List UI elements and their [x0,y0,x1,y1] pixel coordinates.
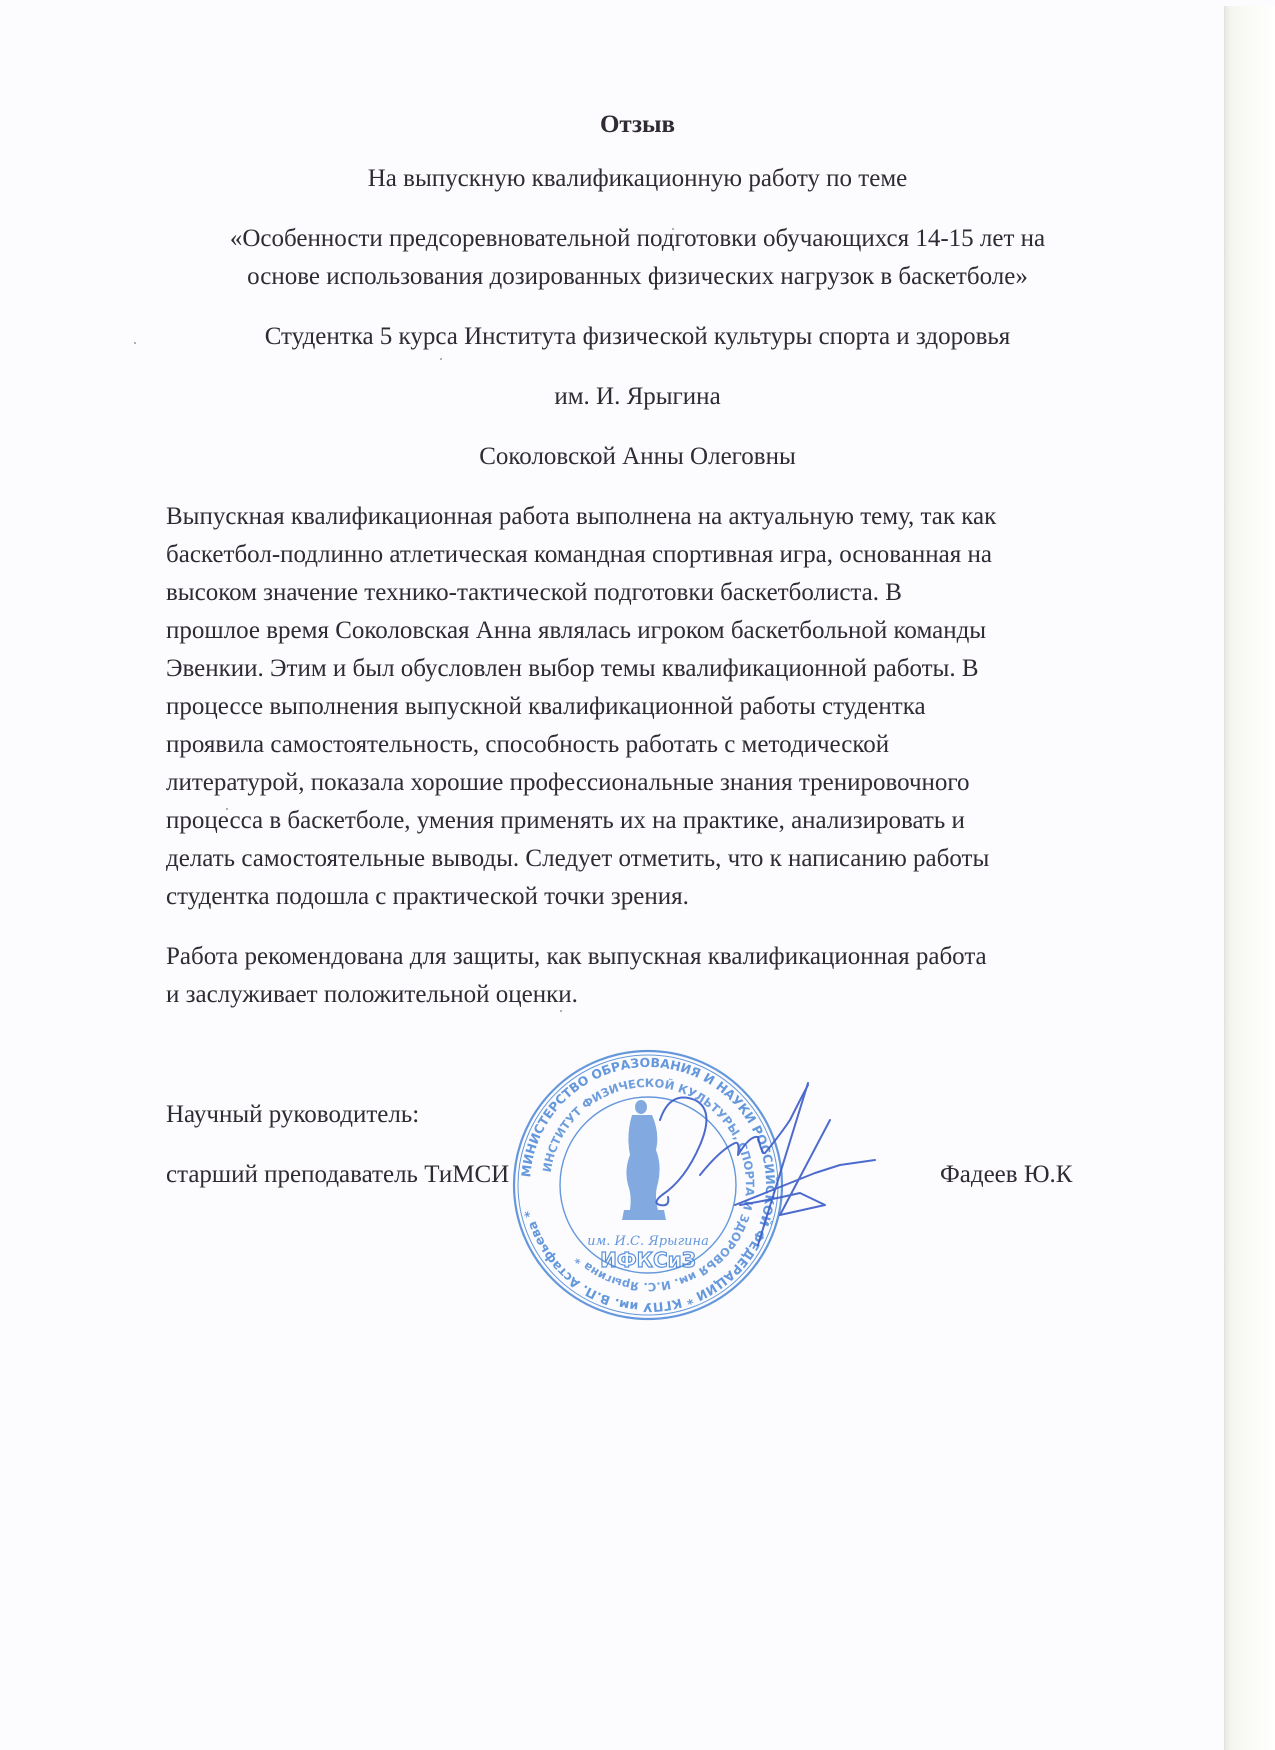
institute-named-after: им. И. Ярыгина [0,382,1275,412]
student-name: Соколовской Анны Олеговны [0,442,1275,472]
paragraph-line: процесса в баскетболе, умения применять … [166,806,965,836]
paragraph-line: высоком значение технико-тактической под… [166,578,902,608]
scanned-page: Отзыв На выпускную квалификационную рабо… [0,0,1275,1750]
paragraph-line: студентка подошла с практической точки з… [166,882,689,912]
paragraph-line: Работа рекомендована для защиты, как вып… [166,942,987,972]
scan-speck [440,358,442,360]
paragraph-line: баскетбол-подлинно атлетическая командна… [166,540,992,570]
scan-speck [226,808,228,810]
paragraph-line: проявила самостоятельность, способность … [166,730,889,760]
paragraph-line: прошлое время Соколовская Анна являлась … [166,616,986,646]
svg-text:ИФКСиЗ: ИФКСиЗ [600,1248,696,1272]
supervisor-name: Фадеев Ю.К [940,1160,1072,1190]
handwritten-signature-icon [640,1065,880,1250]
scan-speck [134,342,136,344]
supervisor-label: Научный руководитель: [166,1100,419,1130]
paragraph-line: литературой, показала хорошие профессион… [166,768,970,798]
student-institute: Студентка 5 курса Института физической к… [0,322,1275,352]
paragraph-line: делать самостоятельные выводы. Следует о… [166,844,989,874]
paragraph-line: Эвенкии. Этим и был обусловлен выбор тем… [166,654,979,684]
supervisor-position: старший преподаватель ТиМСИ [166,1160,509,1190]
scan-speck [560,1010,562,1012]
paragraph-line: и заслуживает положительной оценки. [166,980,578,1010]
thesis-topic-line-2: основе использования дозированных физиче… [0,262,1275,292]
document-title: Отзыв [0,110,1275,140]
paragraph-line: процессе выполнения выпускной квалификац… [166,692,926,722]
paragraph-line: Выпускная квалификационная работа выполн… [166,502,996,532]
thesis-topic-line-1: «Особенности предсоревновательной подгот… [0,224,1275,254]
subject-intro: На выпускную квалификационную работу по … [0,164,1275,194]
scan-speck [672,228,674,230]
